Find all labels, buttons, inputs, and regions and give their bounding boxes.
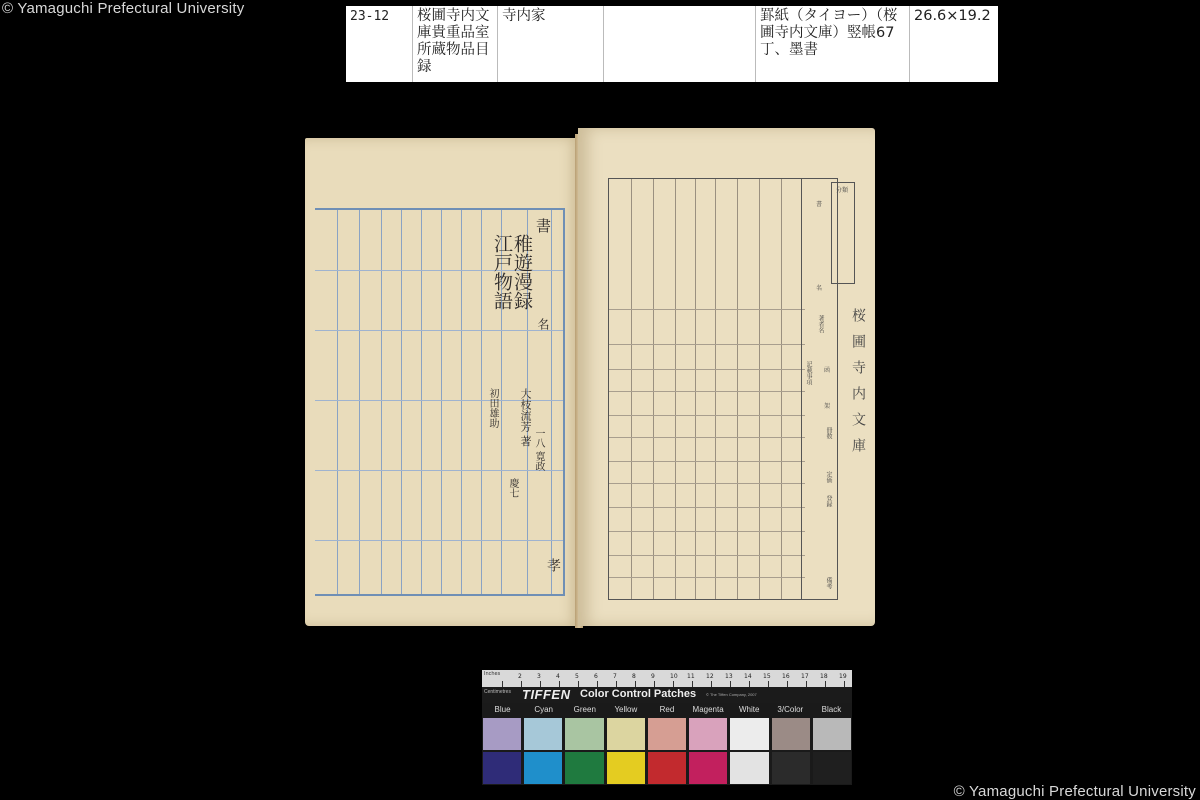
label-bunrui: 分類 bbox=[836, 185, 848, 194]
marginal-mark: 孝 bbox=[543, 558, 563, 572]
label-biko: 備考 bbox=[824, 577, 833, 589]
patch-labels: Blue Cyan Green Yellow Red Magenta White… bbox=[482, 703, 852, 717]
record-description: 罫紙（タイヨー）（桜圃寺内文庫）竪帳67丁、墨書 bbox=[756, 6, 910, 82]
ruler-number: 13 bbox=[725, 673, 733, 680]
ruler-number: 19 bbox=[839, 673, 847, 680]
left-header-label: 書 bbox=[533, 218, 554, 233]
tiffen-logo: TIFFEN bbox=[522, 687, 571, 702]
label-sho: 書 bbox=[816, 199, 822, 208]
ruler-number: 18 bbox=[820, 673, 828, 680]
measurement-ruler: Inches 2 3 4 5 6 7 8 9 10 11 12 13 14 15… bbox=[482, 670, 852, 687]
copyright-watermark-bottom: © Yamaguchi Prefectural University bbox=[954, 783, 1196, 800]
patch-label-red: Red bbox=[646, 703, 687, 717]
patch-white-light bbox=[730, 718, 768, 750]
patch-3color bbox=[772, 752, 810, 784]
patch-yellow-light bbox=[607, 718, 645, 750]
chart-copyright: © The Tiffen Company, 2007 bbox=[706, 692, 757, 697]
patch-label-green: Green bbox=[564, 703, 605, 717]
patch-label-white: White bbox=[729, 703, 770, 717]
patch-label-blue: Blue bbox=[482, 703, 523, 717]
open-book-photo: 書 名 稚遊漫録 江戸物語 大枝流芳 著 初田雄助 一八 寛政 慶七 孝 書 名… bbox=[305, 128, 877, 628]
classification-box: 分類 bbox=[831, 182, 855, 284]
patch-cyan-light bbox=[524, 718, 562, 750]
color-control-chart: Inches 2 3 4 5 6 7 8 9 10 11 12 13 14 15… bbox=[482, 670, 852, 785]
ruler-number: 5 bbox=[575, 673, 579, 680]
label-kisai: 記載事項 bbox=[804, 361, 813, 385]
patch-label-black: Black bbox=[811, 703, 852, 717]
ruler-number: 17 bbox=[801, 673, 809, 680]
ruler-number: 3 bbox=[537, 673, 541, 680]
ruler-number: 14 bbox=[744, 673, 752, 680]
chart-title: Color Control Patches bbox=[580, 688, 696, 700]
tiffen-header: Centimetres TIFFEN Color Control Patches… bbox=[482, 687, 852, 703]
patch-green-light bbox=[565, 718, 603, 750]
patch-cyan bbox=[524, 752, 562, 784]
ruler-number: 12 bbox=[706, 673, 714, 680]
patch-label-3color: 3/Color bbox=[770, 703, 811, 717]
ruler-number: 2 bbox=[518, 673, 522, 680]
ruler-number: 6 bbox=[594, 673, 598, 680]
patch-3color-light bbox=[772, 718, 810, 750]
ruler-number: 16 bbox=[782, 673, 790, 680]
label-satsu: 冊数 bbox=[824, 427, 833, 439]
left-page: 書 名 稚遊漫録 江戸物語 大枝流芳 著 初田雄助 一八 寛政 慶七 孝 bbox=[305, 138, 580, 626]
patch-magenta-light bbox=[689, 718, 727, 750]
patch-row-saturated bbox=[482, 752, 852, 784]
entry-note-1: 一八 寛政 bbox=[531, 428, 546, 471]
label-kan: 函 bbox=[824, 365, 830, 374]
spine-stamp: 桜圃寺内文庫 bbox=[848, 308, 868, 464]
record-id: 23-12 bbox=[346, 6, 413, 82]
copyright-watermark-top: © Yamaguchi Prefectural University bbox=[2, 0, 244, 17]
right-ledger-grid: 書 名 著者名 記載事項 函 架 冊数 定価 登録 備考 bbox=[608, 178, 838, 600]
label-teika: 定価 bbox=[824, 471, 833, 483]
left-column-label-name: 名 bbox=[535, 318, 552, 330]
ruler-number: 7 bbox=[613, 673, 617, 680]
record-author: 寺内家 bbox=[498, 6, 604, 82]
ruler-unit-cm: Centimetres bbox=[484, 689, 511, 695]
ruler-unit-inches: Inches bbox=[484, 671, 500, 677]
ruler-number: 11 bbox=[687, 673, 695, 680]
patch-label-magenta: Magenta bbox=[688, 703, 729, 717]
ruler-number: 9 bbox=[651, 673, 655, 680]
patch-magenta bbox=[689, 752, 727, 784]
ruler-number: 8 bbox=[632, 673, 636, 680]
record-blank bbox=[604, 6, 756, 82]
patch-black bbox=[813, 752, 851, 784]
patch-black-light bbox=[813, 718, 851, 750]
patch-label-cyan: Cyan bbox=[523, 703, 564, 717]
patch-green bbox=[565, 752, 603, 784]
right-page: 書 名 著者名 記載事項 函 架 冊数 定価 登録 備考 分類 桜圃寺内文庫 bbox=[578, 128, 875, 626]
patch-row-light bbox=[482, 718, 852, 750]
patch-white bbox=[730, 752, 768, 784]
ruler-number: 4 bbox=[556, 673, 560, 680]
ruler-number: 15 bbox=[763, 673, 771, 680]
patch-yellow bbox=[607, 752, 645, 784]
catalog-record-table: 23-12 桜圃寺内文庫貴重品室所蔵物品目録 寺内家 罫紙（タイヨー）（桜圃寺内… bbox=[346, 6, 998, 82]
entry-title-2: 江戸物語 bbox=[489, 234, 516, 310]
ruler-number: 10 bbox=[670, 673, 678, 680]
label-ka: 架 bbox=[824, 401, 830, 410]
patch-label-yellow: Yellow bbox=[605, 703, 646, 717]
patch-red bbox=[648, 752, 686, 784]
record-size: 26.6×19.2 bbox=[910, 6, 998, 82]
patch-red-light bbox=[648, 718, 686, 750]
record-title: 桜圃寺内文庫貴重品室所蔵物品目録 bbox=[413, 6, 498, 82]
patch-blue bbox=[483, 752, 521, 784]
label-toroku: 登録 bbox=[824, 495, 833, 507]
entry-note-2: 慶七 bbox=[505, 478, 520, 498]
entry-author-2: 初田雄助 bbox=[485, 388, 500, 428]
label-author: 著者名 bbox=[816, 315, 825, 333]
label-mei: 名 bbox=[816, 283, 822, 292]
patch-blue-light bbox=[483, 718, 521, 750]
